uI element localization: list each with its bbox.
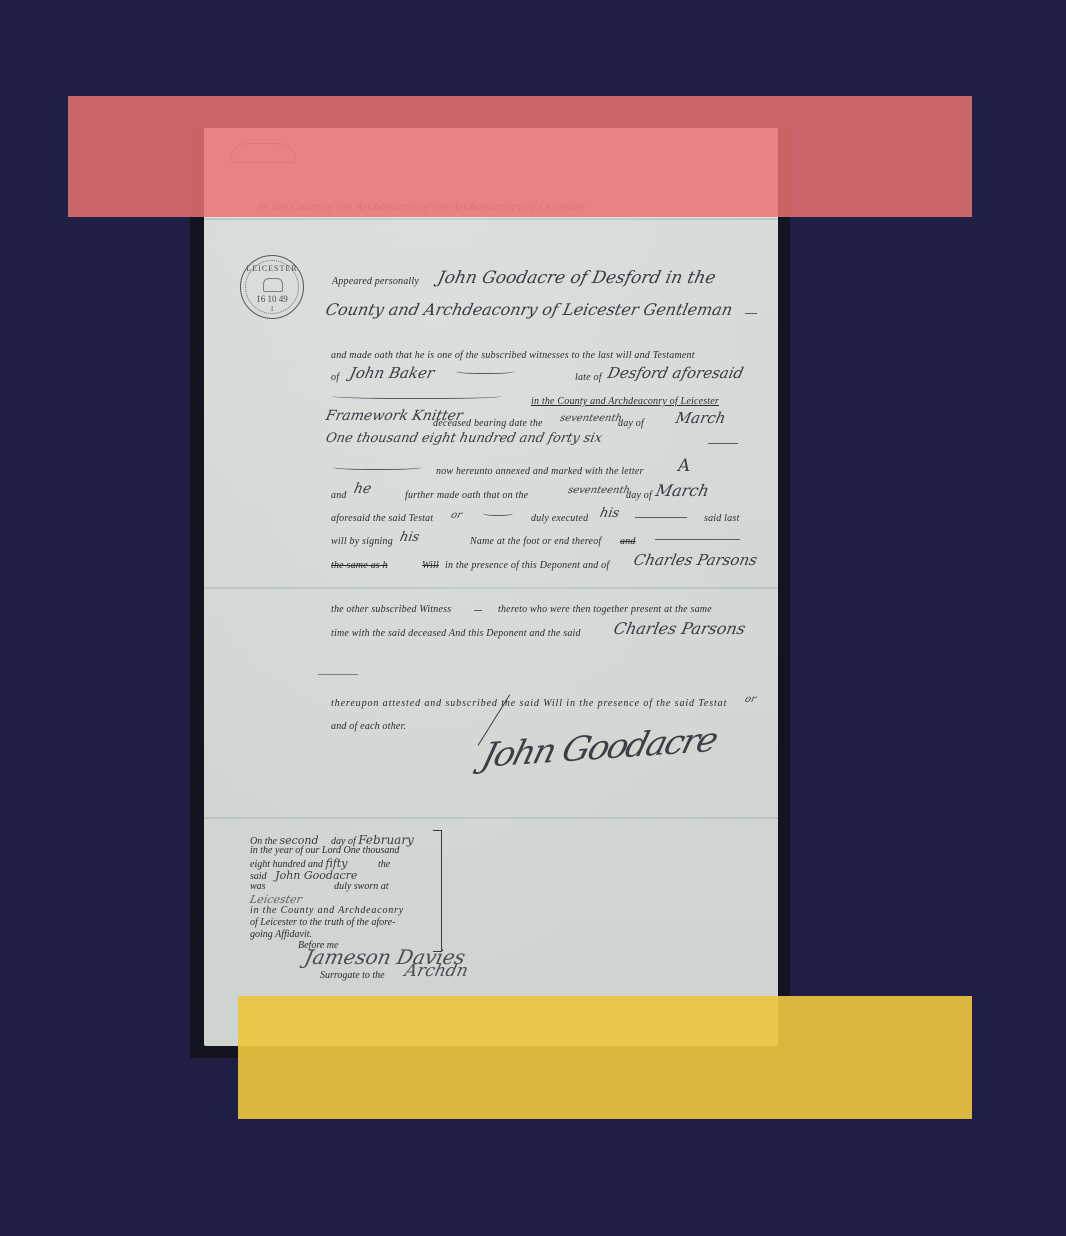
printed-text: of: [331, 372, 339, 383]
handwritten-witness: Charles Parsons: [632, 551, 759, 569]
jurat-text: in the County and Archdeaconry: [250, 905, 404, 916]
printed-struck-text: in the County and Archdeaconry of Leices…: [531, 396, 719, 407]
handwritten-suffix: or: [450, 510, 463, 521]
line-dash: [332, 392, 502, 399]
handwritten-testator: John Baker: [348, 364, 436, 382]
handwritten-residence: County and Archdeaconry of Leicester Gen…: [324, 300, 734, 319]
handwritten-month: March: [674, 409, 727, 427]
printed-text: and made oath that he is one of the subs…: [331, 350, 695, 361]
fold-line: [204, 817, 778, 819]
printed-text: further made oath that on the: [405, 490, 528, 501]
fold-line: [204, 587, 778, 589]
printed-text: said last: [704, 513, 739, 524]
printed-text: Name at the foot or end thereof: [470, 536, 601, 547]
printed-text: in the presence of this Deponent and of: [445, 560, 609, 571]
handwritten-pronoun: his: [398, 530, 420, 545]
printed-struck-text: and: [620, 536, 636, 547]
printed-text: Appeared personally: [332, 276, 419, 287]
printed-text: day of: [626, 490, 652, 501]
printed-text: deceased bearing date the: [433, 418, 543, 429]
line-dash: [332, 463, 422, 470]
jurat-text: was duly sworn at: [250, 881, 389, 892]
handwritten-suffix: or: [744, 694, 757, 705]
stamp-number: 16 10 49: [241, 294, 303, 304]
jurat-text: Surrogate to the: [320, 970, 385, 981]
jurat-text: in the year of our Lord One thousand: [250, 845, 399, 856]
printed-text: and: [331, 490, 347, 501]
handwritten-day: seventeenth: [559, 413, 623, 424]
printed-text: late of: [575, 372, 602, 383]
line-dash: [655, 539, 740, 540]
line-dash: [474, 610, 482, 611]
printed-text: thereupon attested and subscribed the sa…: [331, 698, 727, 709]
handwritten-day: seventeenth: [567, 485, 631, 496]
printed-struck-text: Will: [422, 560, 439, 571]
line-dash: [318, 674, 358, 675]
printed-struck-text: the same as h: [331, 560, 388, 571]
jurat-text: going Affidavit.: [250, 929, 312, 940]
handwritten-letter: A: [678, 456, 690, 476]
leicester-stamp-icon: LEICESTER 16 10 49 1: [240, 255, 304, 319]
printed-text: and of each other.: [331, 721, 406, 732]
handwritten-pronoun: his: [598, 506, 620, 521]
handwritten-deponent: John Goodacre of Desford in the: [436, 268, 718, 288]
stamp-sub: 1: [241, 305, 303, 313]
printed-text: now hereunto annexed and marked with the…: [436, 466, 644, 477]
line-dash: [745, 313, 757, 314]
crown-icon: [263, 278, 283, 292]
fold-line: [204, 218, 778, 220]
line-dash: [455, 367, 515, 374]
jurat-handwritten-title: Archdn: [403, 961, 470, 981]
jurat-text: of Leicester to the truth of the afore-: [250, 917, 395, 928]
handwritten-month: March: [654, 481, 711, 500]
stamp-name: LEICESTER: [241, 264, 303, 273]
line-dash: [483, 509, 513, 516]
printed-text: day of: [618, 418, 644, 429]
handwritten-year: One thousand eight hundred and forty six: [324, 431, 603, 446]
jurat-bracket: [433, 830, 442, 952]
printed-text: time with the said deceased And this Dep…: [331, 628, 581, 639]
handwritten-pronoun: he: [352, 481, 373, 497]
printed-text: thereto who were then together present a…: [498, 604, 712, 615]
line-dash: [708, 443, 738, 444]
line-dash: [635, 517, 687, 518]
printed-text: aforesaid the said Testat: [331, 513, 433, 524]
red-highlight-overlay: [68, 96, 972, 217]
handwritten-witness: Charles Parsons: [612, 619, 747, 638]
handwritten-place: Desford aforesaid: [606, 364, 745, 382]
printed-text: will by signing: [331, 536, 393, 547]
yellow-highlight-overlay: [238, 996, 972, 1119]
printed-text: the other subscribed Witness: [331, 604, 451, 615]
printed-text: duly executed: [531, 513, 588, 524]
